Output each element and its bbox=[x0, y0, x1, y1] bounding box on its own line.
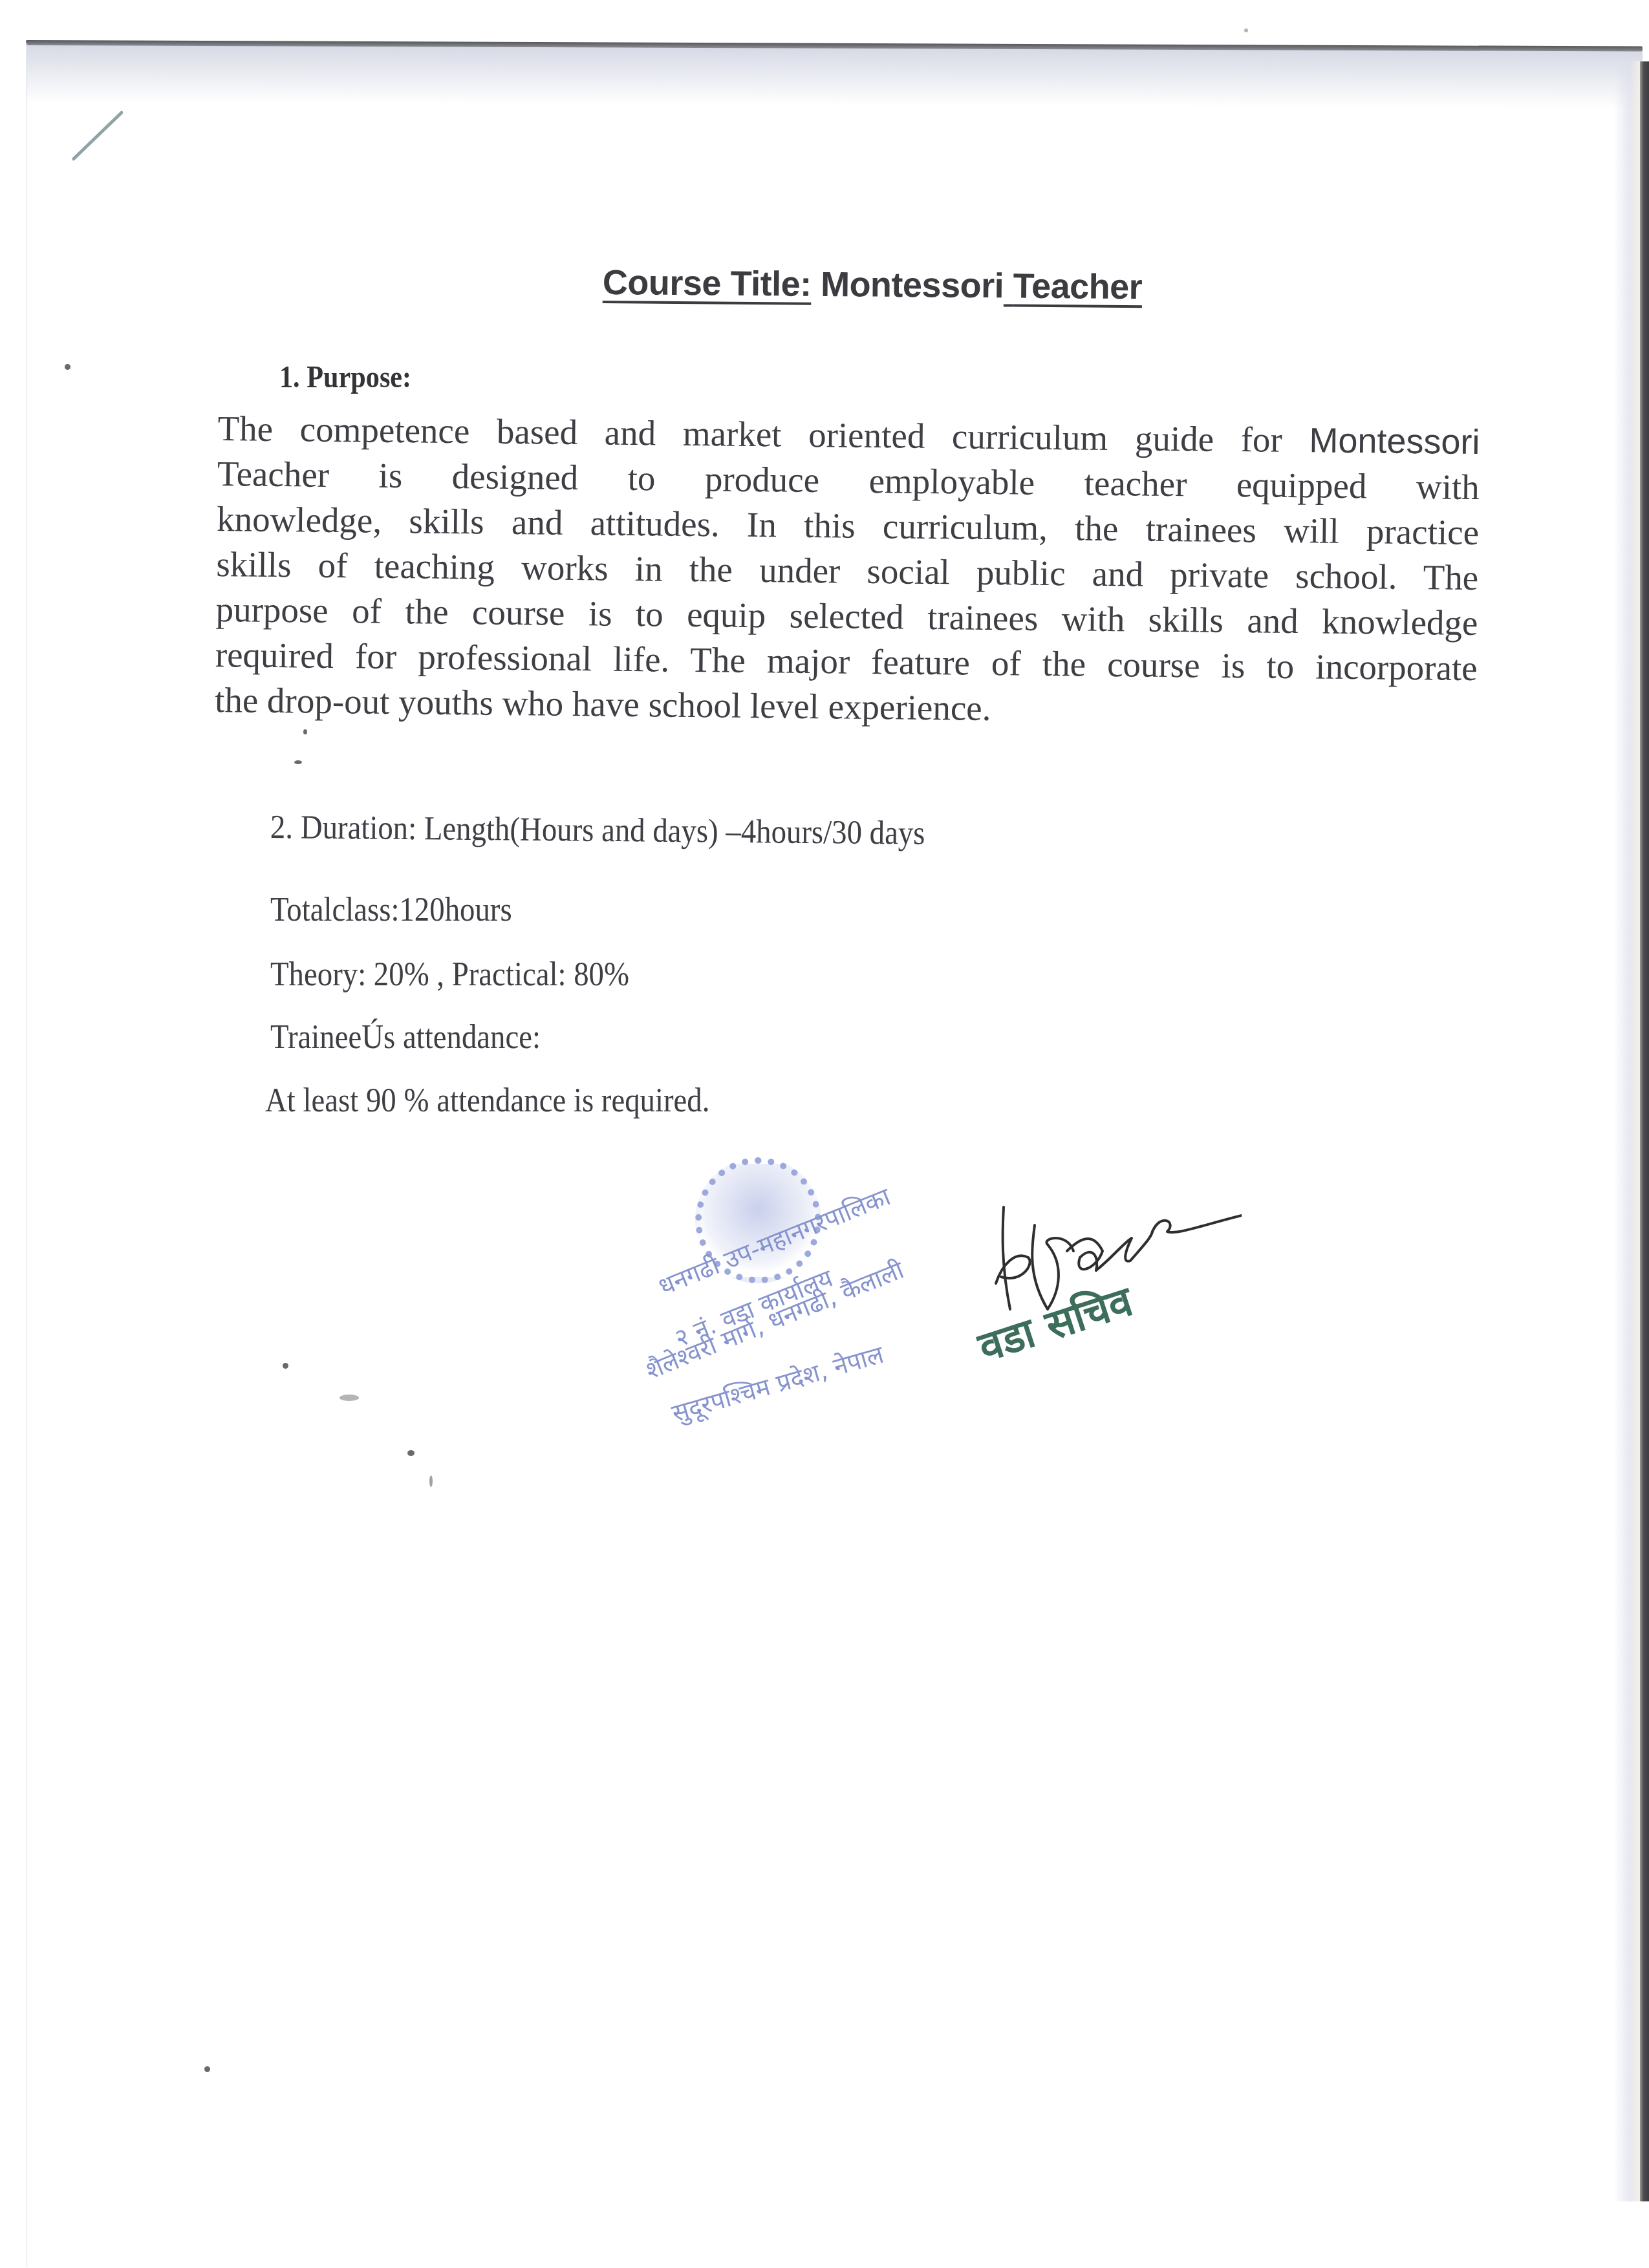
ink-speck bbox=[204, 2066, 210, 2072]
course-title: Course Title: Montessori Teacher bbox=[603, 262, 1143, 307]
attendance-label: TraineeÚs attendance: bbox=[270, 1018, 541, 1056]
ink-speck bbox=[303, 729, 307, 734]
ink-speck bbox=[65, 364, 70, 370]
total-class-hours: Totalclass:120hours bbox=[270, 891, 512, 929]
ink-speck bbox=[1244, 28, 1248, 32]
duration-heading: 2. Duration: Length(Hours and days) –4ho… bbox=[270, 808, 925, 853]
attendance-requirement: At least 90 % attendance is required. bbox=[265, 1082, 709, 1120]
course-title-label: Course Title: bbox=[603, 263, 812, 304]
theory-practical-split: Theory: 20% , Practical: 80% bbox=[270, 956, 629, 994]
scan-page-right-edge bbox=[1640, 61, 1649, 2201]
pen-stroke-mark bbox=[71, 111, 124, 162]
course-title-role: Teacher bbox=[1004, 266, 1143, 306]
ink-speck bbox=[283, 1363, 288, 1369]
scan-right-shadow bbox=[1614, 61, 1640, 2201]
ink-speck bbox=[294, 760, 302, 764]
scan-page-left-edge bbox=[26, 43, 28, 2267]
office-seal-stamp: धनगढी उप-महानगरपालिका २ नं. वडा कार्यालय… bbox=[621, 1148, 925, 1406]
ink-speck bbox=[407, 1450, 415, 1456]
ink-speck bbox=[429, 1475, 433, 1487]
ink-speck bbox=[339, 1395, 359, 1401]
scan-top-shadow bbox=[26, 44, 1643, 109]
purpose-heading: 1. Purpose: bbox=[279, 359, 411, 395]
purpose-paragraph: The competence based and market oriented… bbox=[215, 406, 1480, 736]
course-title-name: Montessori bbox=[821, 265, 1004, 305]
